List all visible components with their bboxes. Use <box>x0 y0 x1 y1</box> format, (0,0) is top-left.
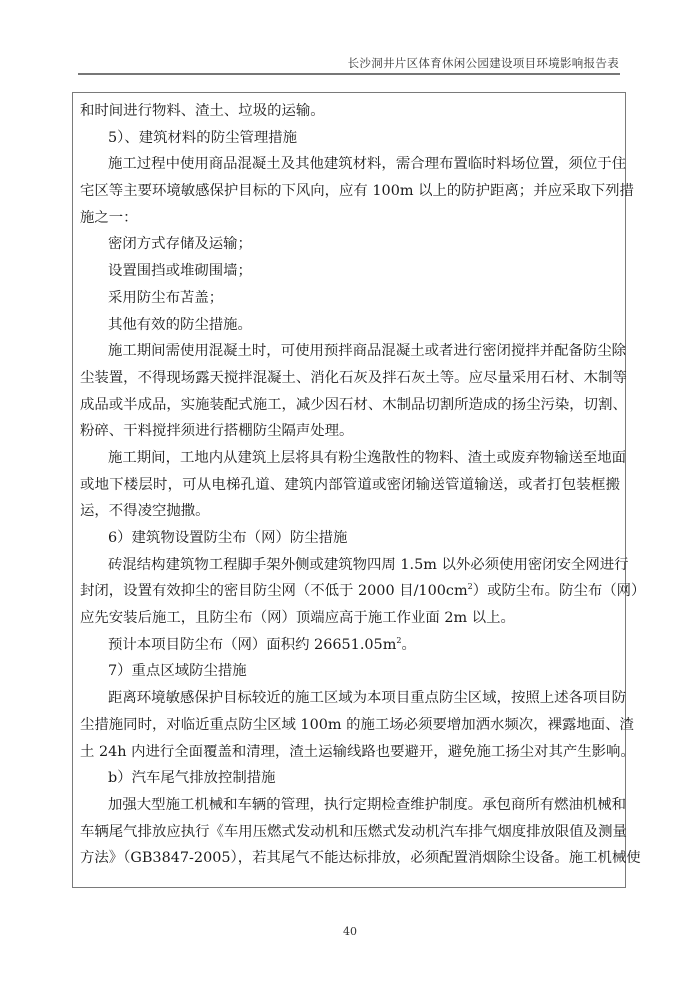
text-line: 施之一： <box>80 205 620 232</box>
text-line: 粉碎、干料搅拌须进行搭棚防尘隔声处理。 <box>80 418 620 445</box>
line-text: 或地下楼层时，可从电梯孔道、建筑内部管道或密闭输送管道输送，或者打包装框搬 <box>80 477 620 493</box>
line-text: 其他有效的防尘措施。 <box>108 317 252 333</box>
line-text: 6）建筑物设置防尘布（网）防尘措施 <box>108 530 347 546</box>
text-line: 宅区等主要环境敏感保护目标的下风向，应有 100m 以上的防护距离；并应采取下列… <box>80 178 620 205</box>
line-text: 距离环境敏感保护目标较近的施工区域为本项目重点防尘区域，按照上述各项目防 <box>108 690 626 706</box>
text-line: 运，不得凌空抛撒。 <box>80 498 620 525</box>
line-text: 施之一： <box>80 210 138 226</box>
line-text: 预计本项目防尘布（网）面积约 26651.05m <box>108 637 396 653</box>
line-text: 成品或半成品，实施装配式施工，减少因石材、木制品切割所造成的扬尘污染，切割、 <box>80 397 627 413</box>
text-line: 方法》（GB3847-2005），若其尾气不能达标排放，必须配置消烟除尘设备。施… <box>80 845 620 872</box>
text-line: 其他有效的防尘措施。 <box>80 312 620 339</box>
text-line: 施工期间，工地内从建筑上层将具有粉尘逸散性的物料、渣土或废弃物输送至地面 <box>80 445 620 472</box>
text-line: 封闭，设置有效抑尘的密目防尘网（不低于 2000 目/100cm2）或防尘布。防… <box>80 578 620 605</box>
text-line: 和时间进行物料、渣土、垃圾的运输。 <box>80 98 620 125</box>
text-line: 或地下楼层时，可从电梯孔道、建筑内部管道或密闭输送管道输送，或者打包装框搬 <box>80 472 620 499</box>
text-line: 成品或半成品，实施装配式施工，减少因石材、木制品切割所造成的扬尘污染，切割、 <box>80 392 620 419</box>
text-line: 车辆尾气排放应执行《车用压燃式发动机和压燃式发动机汽车排气烟度排放限值及测量 <box>80 819 620 846</box>
text-line: 预计本项目防尘布（网）面积约 26651.05m2。 <box>80 632 620 659</box>
content-box: 和时间进行物料、渣土、垃圾的运输。5）、建筑材料的防尘管理措施施工过程中使用商品… <box>72 92 626 888</box>
text-line: 土 24h 内进行全面覆盖和清理，渣土运输线路也要避开，避免施工扬尘对其产生影响… <box>80 739 620 766</box>
text-line: 尘措施同时，对临近重点防尘区域 100m 的施工场必须要增加洒水频次，裸露地面、… <box>80 712 620 739</box>
line-text: b）汽车尾气排放控制措施 <box>108 770 276 786</box>
text-line: 设置围挡或堆砌围墙； <box>80 258 620 285</box>
line-text: 方法》（GB3847-2005），若其尾气不能达标排放，必须配置消烟除尘设备。施… <box>80 850 641 866</box>
line-text: 和时间进行物料、渣土、垃圾的运输。 <box>80 103 325 119</box>
text-line: 密闭方式存储及运输； <box>80 231 620 258</box>
line-text-tail: 。 <box>401 637 415 653</box>
line-text: 封闭，设置有效抑尘的密目防尘网（不低于 2000 目/100cm <box>80 583 468 599</box>
line-text: 7）重点区域防尘措施 <box>108 663 247 679</box>
line-text: 尘装置，不得现场露天搅拌混凝土、消化石灰及拌石灰土等。应尽量采用石材、木制等 <box>80 370 627 386</box>
line-text: 尘措施同时，对临近重点防尘区域 100m 的施工场必须要增加洒水频次，裸露地面、… <box>80 717 634 733</box>
page-number: 40 <box>0 925 700 938</box>
line-text: 施工期间需使用混凝土时，可使用预拌商品混凝土或者进行密闭搅拌并配备防尘除 <box>108 343 626 359</box>
line-text: 砖混结构建筑物工程脚手架外侧或建筑物四周 1.5m 以外必须使用密闭安全网进行 <box>108 557 629 573</box>
line-text: 5）、建筑材料的防尘管理措施 <box>108 130 297 146</box>
text-line: 距离环境敏感保护目标较近的施工区域为本项目重点防尘区域，按照上述各项目防 <box>80 685 620 712</box>
text-line: 采用防尘布苫盖； <box>80 285 620 312</box>
line-text: 设置围挡或堆砌围墙； <box>108 263 252 279</box>
line-text: 密闭方式存储及运输； <box>108 236 252 252</box>
line-text-tail: ）或防尘布。防尘布（网） <box>473 583 646 599</box>
line-text: 车辆尾气排放应执行《车用压燃式发动机和压燃式发动机汽车排气烟度排放限值及测量 <box>80 824 627 840</box>
text-line: 尘装置，不得现场露天搅拌混凝土、消化石灰及拌石灰土等。应尽量采用石材、木制等 <box>80 365 620 392</box>
line-text: 加强大型施工机械和车辆的管理，执行定期检查维护制度。承包商所有燃油机械和 <box>108 797 626 813</box>
text-line: 6）建筑物设置防尘布（网）防尘措施 <box>80 525 620 552</box>
text-line: 施工过程中使用商品混凝土及其他建筑材料，需合理布置临时料场位置，须位于住 <box>80 151 620 178</box>
line-text: 采用防尘布苫盖； <box>108 290 223 306</box>
text-line: 加强大型施工机械和车辆的管理，执行定期检查维护制度。承包商所有燃油机械和 <box>80 792 620 819</box>
header-rule <box>78 73 620 75</box>
line-text: 施工过程中使用商品混凝土及其他建筑材料，需合理布置临时料场位置，须位于住 <box>108 156 626 172</box>
page-header-title: 长沙洞井片区体育休闲公园建设项目环境影响报告表 <box>300 55 619 71</box>
text-line: 5）、建筑材料的防尘管理措施 <box>80 125 620 152</box>
line-text: 运，不得凌空抛撒。 <box>80 503 210 519</box>
line-text: 宅区等主要环境敏感保护目标的下风向，应有 100m 以上的防护距离；并应采取下列… <box>80 183 634 199</box>
line-text: 应先安装后施工，且防尘布（网）顶端应高于施工作业面 2m 以上。 <box>80 610 515 626</box>
text-line: 砖混结构建筑物工程脚手架外侧或建筑物四周 1.5m 以外必须使用密闭安全网进行 <box>80 552 620 579</box>
text-lines: 和时间进行物料、渣土、垃圾的运输。5）、建筑材料的防尘管理措施施工过程中使用商品… <box>80 98 620 872</box>
line-text: 施工期间，工地内从建筑上层将具有粉尘逸散性的物料、渣土或废弃物输送至地面 <box>108 450 626 466</box>
line-text: 粉碎、干料搅拌须进行搭棚防尘隔声处理。 <box>80 423 353 439</box>
text-line: b）汽车尾气排放控制措施 <box>80 765 620 792</box>
text-line: 应先安装后施工，且防尘布（网）顶端应高于施工作业面 2m 以上。 <box>80 605 620 632</box>
text-line: 施工期间需使用混凝土时，可使用预拌商品混凝土或者进行密闭搅拌并配备防尘除 <box>80 338 620 365</box>
text-line: 7）重点区域防尘措施 <box>80 658 620 685</box>
line-text: 土 24h 内进行全面覆盖和清理，渣土运输线路也要避开，避免施工扬尘对其产生影响… <box>80 744 635 760</box>
